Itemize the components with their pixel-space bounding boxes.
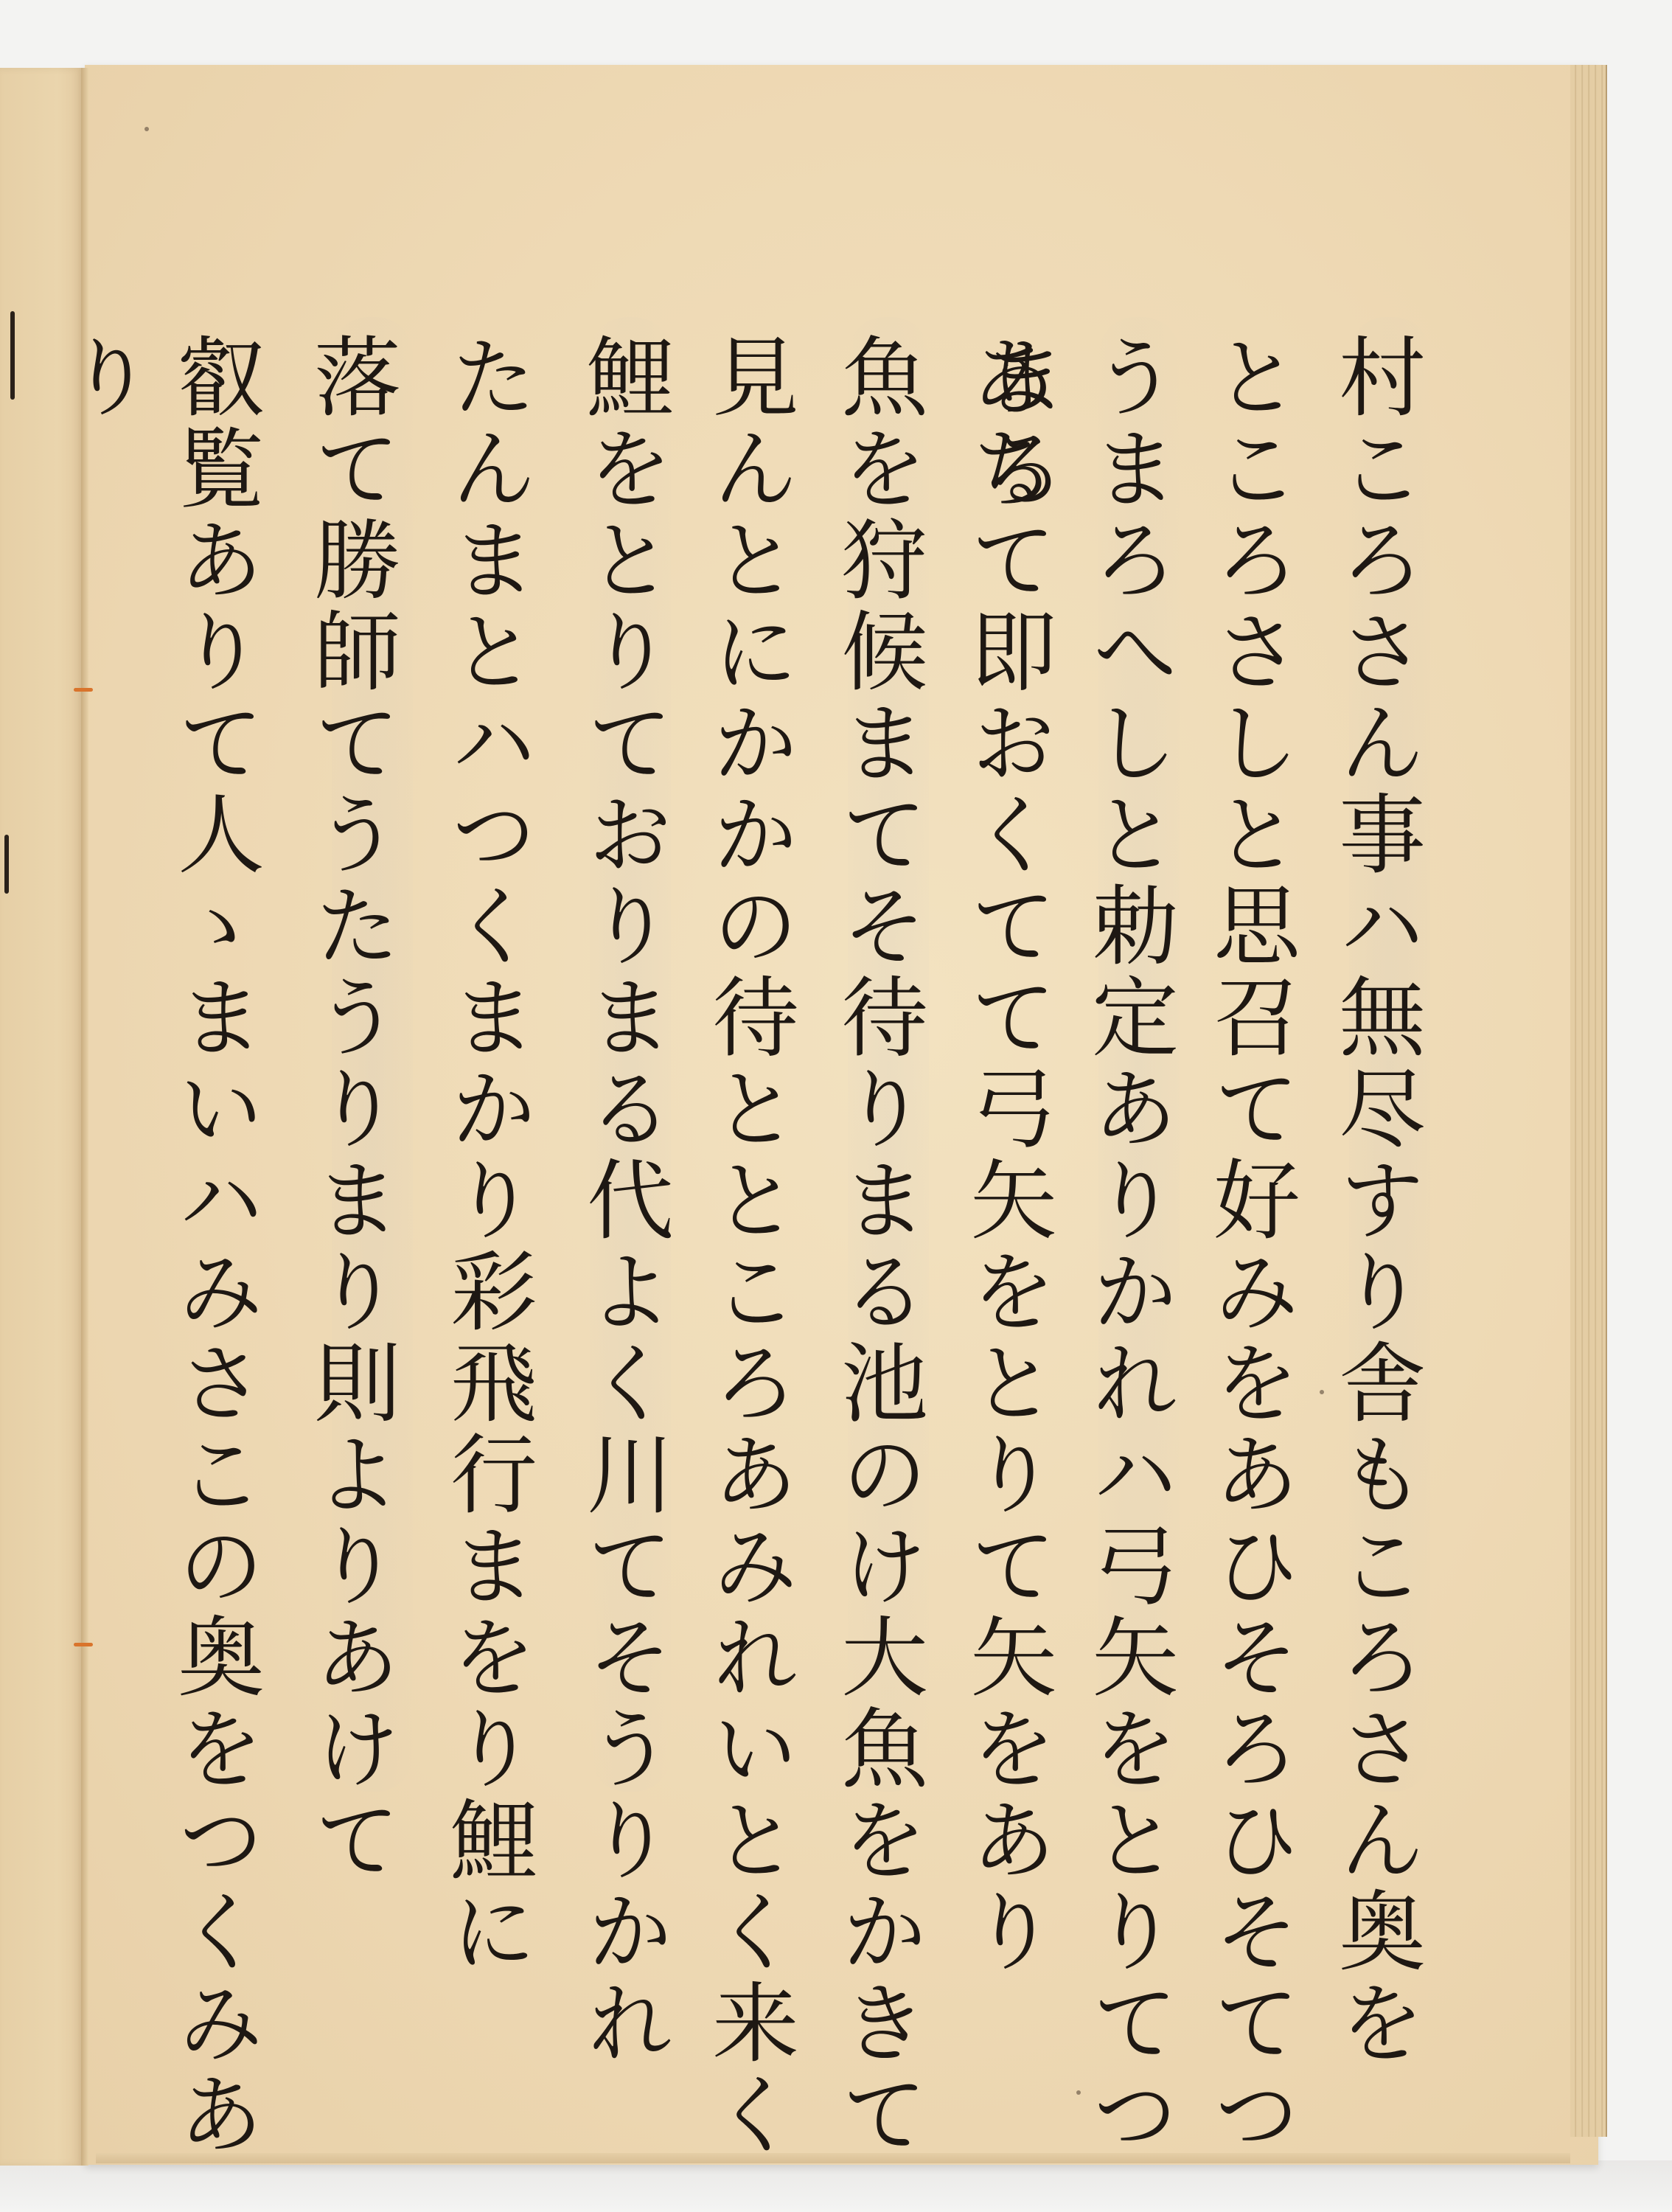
text-column-5: 魚を狩候まてそ待りまる池のけ大魚をかきて bbox=[822, 332, 933, 2160]
page-edges-stack bbox=[1570, 65, 1607, 2137]
text-column-6: 見んとにかかの待とところあみれいとく来く bbox=[693, 332, 804, 2160]
text-column-1: 村ころさん事ハ無尽すり舎もころさん奥を bbox=[1320, 332, 1430, 2069]
text-column-3: うまろへしと勅定ありかれハ弓矢をとりてつまる bbox=[1073, 332, 1183, 2212]
text-column-2: ところさしと思召て好みをあひそろひそてつ bbox=[1194, 332, 1305, 2160]
text-column-7: 鯉をとりておりまる代よく川てそうりかれ bbox=[568, 332, 678, 2069]
left-page-ink-stroke bbox=[10, 311, 15, 400]
text-column-8: たんまとハつくまかり彩飛行まをり鯉に bbox=[431, 332, 542, 1978]
text-column-9: 落て勝師てうたうりまり則よりあけて bbox=[295, 332, 405, 1886]
binding-thread-mark bbox=[74, 1643, 93, 1646]
text-column-4: あちて即おくてて弓矢をとりて矢をあり bbox=[951, 332, 1062, 1978]
binding-thread-mark bbox=[74, 688, 93, 692]
text-column-10: 叡覧ありて人ゝまいハみさこの奥をつくみあり bbox=[159, 332, 269, 2212]
left-page-ink-stroke bbox=[4, 835, 9, 894]
paper-speck bbox=[144, 127, 149, 131]
